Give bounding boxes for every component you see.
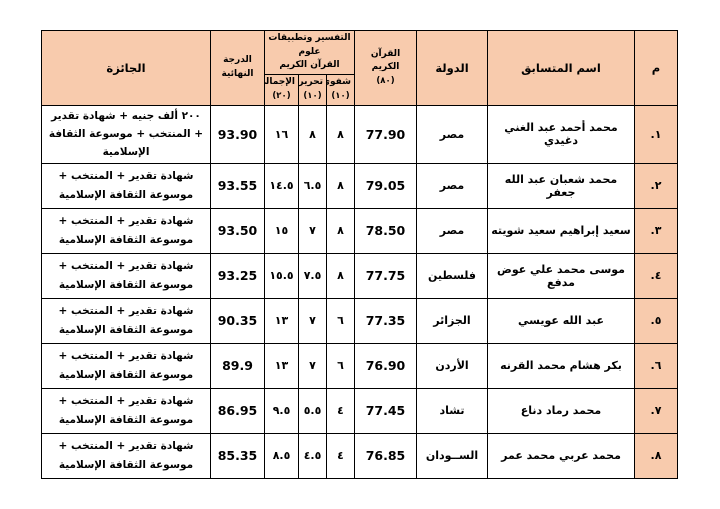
col-header-quran: القرآن الكريم (٨٠)	[355, 31, 417, 106]
contestant-name-cell: محمد شعبان عبد الله جعفر	[488, 163, 635, 208]
quran-score-cell: 79.05	[355, 163, 417, 208]
oral-header-max: (١٠)	[330, 90, 351, 103]
oral-score-cell: ٨	[327, 208, 355, 253]
table-body: ١. محمد أحمد عبد الغني دغيدي مصر 77.90 ٨…	[42, 105, 678, 478]
col-header-name: اسم المتسابق	[488, 31, 635, 106]
contestant-name-cell: محمد عربي محمد عمر	[488, 433, 635, 478]
col-header-written: تحريري (١٠)	[299, 74, 327, 105]
written-score-cell: ٤.٥	[299, 433, 327, 478]
written-header-label: تحريري	[302, 76, 323, 90]
col-header-final: الدرجة النهائية	[211, 31, 265, 106]
quran-score-cell: 77.45	[355, 388, 417, 433]
contestant-name-cell: عبد الله عويسي	[488, 298, 635, 343]
written-header-max: (١٠)	[302, 90, 323, 103]
tafsir-group-line2: القرآن الكريم	[268, 59, 351, 73]
contestant-name-cell: محمد رماد دناع	[488, 388, 635, 433]
table-header: م اسم المتسابق الدولة القرآن الكريم (٨٠)…	[42, 31, 678, 106]
prize-cell: شهادة تقدير + المنتخب + موسوعة الثقافة ا…	[42, 343, 211, 388]
total-score-cell: ١٤.٥	[265, 163, 299, 208]
country-cell: تشاد	[417, 388, 488, 433]
prize-cell: شهادة تقدير + المنتخب + موسوعة الثقافة ا…	[42, 208, 211, 253]
final-score-cell: 93.55	[211, 163, 265, 208]
prize-cell: شهادة تقدير + المنتخب + موسوعة الثقافة ا…	[42, 163, 211, 208]
quran-score-cell: 76.90	[355, 343, 417, 388]
rank-cell: ٣.	[635, 208, 678, 253]
oral-score-cell: ٦	[327, 343, 355, 388]
total-score-cell: ١٣	[265, 343, 299, 388]
quran-score-cell: 77.90	[355, 105, 417, 163]
oral-score-cell: ٨	[327, 163, 355, 208]
table-row: ٥. عبد الله عويسي الجزائر 77.35 ٦ ٧ ١٣ 9…	[42, 298, 678, 343]
prize-cell: شهادة تقدير + المنتخب + موسوعة الثقافة ا…	[42, 253, 211, 298]
col-header-country: الدولة	[417, 31, 488, 106]
final-score-cell: 93.25	[211, 253, 265, 298]
rank-cell: ٨.	[635, 433, 678, 478]
table-row: ٤. موسى محمد علي عوض مدفع فلسطين 77.75 ٨…	[42, 253, 678, 298]
total-score-cell: ٩.٥	[265, 388, 299, 433]
oral-score-cell: ٤	[327, 433, 355, 478]
final-score-cell: 93.50	[211, 208, 265, 253]
country-cell: مصر	[417, 163, 488, 208]
quran-header-title: القرآن الكريم	[358, 48, 413, 75]
contestant-name-cell: بكر هشام محمد القرنه	[488, 343, 635, 388]
col-header-total: الإجمالي (٢٠)	[265, 74, 299, 105]
table-row: ٦. بكر هشام محمد القرنه الأردن 76.90 ٦ ٧…	[42, 343, 678, 388]
written-score-cell: ٧	[299, 298, 327, 343]
final-score-cell: 93.90	[211, 105, 265, 163]
country-cell: مصر	[417, 208, 488, 253]
contestant-name-cell: موسى محمد علي عوض مدفع	[488, 253, 635, 298]
total-score-cell: ١٥.٥	[265, 253, 299, 298]
total-header-max: (٢٠)	[268, 90, 295, 103]
document-page: م اسم المتسابق الدولة القرآن الكريم (٨٠)…	[0, 0, 720, 509]
oral-score-cell: ٨	[327, 253, 355, 298]
final-score-cell: 89.9	[211, 343, 265, 388]
prize-cell: شهادة تقدير + المنتخب + موسوعة الثقافة ا…	[42, 433, 211, 478]
written-score-cell: ٧	[299, 208, 327, 253]
competition-results-table: م اسم المتسابق الدولة القرآن الكريم (٨٠)…	[41, 30, 678, 479]
rank-cell: ٦.	[635, 343, 678, 388]
prize-cell: شهادة تقدير + المنتخب + موسوعة الثقافة ا…	[42, 388, 211, 433]
quran-score-cell: 76.85	[355, 433, 417, 478]
written-score-cell: ٨	[299, 105, 327, 163]
quran-score-cell: 77.75	[355, 253, 417, 298]
table-row: ٧. محمد رماد دناع تشاد 77.45 ٤ ٥.٥ ٩.٥ 8…	[42, 388, 678, 433]
country-cell: الأردن	[417, 343, 488, 388]
quran-score-cell: 77.35	[355, 298, 417, 343]
col-header-prize: الجائزة	[42, 31, 211, 106]
col-header-rank: م	[635, 31, 678, 106]
final-score-cell: 86.95	[211, 388, 265, 433]
country-cell: فلسطين	[417, 253, 488, 298]
prize-cell: ٢٠٠ ألف جنيه + شهادة تقدير + المنتخب + م…	[42, 105, 211, 163]
oral-score-cell: ٨	[327, 105, 355, 163]
total-header-label: الإجمالي	[268, 76, 295, 90]
contestant-name-cell: سعيد إبراهيم سعيد شويته	[488, 208, 635, 253]
final-header-line2: النهائية	[214, 68, 261, 82]
written-score-cell: ٦.٥	[299, 163, 327, 208]
final-score-cell: 90.35	[211, 298, 265, 343]
col-header-tafsir-group: التفسير وتطبيقات علوم القرآن الكريم	[265, 31, 355, 75]
rank-cell: ٢.	[635, 163, 678, 208]
quran-score-cell: 78.50	[355, 208, 417, 253]
col-header-oral: شفوي (١٠)	[327, 74, 355, 105]
final-header-line1: الدرجة	[214, 54, 261, 68]
contestant-name-cell: محمد أحمد عبد الغني دغيدي	[488, 105, 635, 163]
written-score-cell: ٥.٥	[299, 388, 327, 433]
oral-header-label: شفوي	[330, 76, 351, 90]
final-score-cell: 85.35	[211, 433, 265, 478]
rank-cell: ٤.	[635, 253, 678, 298]
country-cell: الجزائر	[417, 298, 488, 343]
table-row: ١. محمد أحمد عبد الغني دغيدي مصر 77.90 ٨…	[42, 105, 678, 163]
table-row: ٣. سعيد إبراهيم سعيد شويته مصر 78.50 ٨ ٧…	[42, 208, 678, 253]
table-row: ٨. محمد عربي محمد عمر الســودان 76.85 ٤ …	[42, 433, 678, 478]
table-row: ٢. محمد شعبان عبد الله جعفر مصر 79.05 ٨ …	[42, 163, 678, 208]
country-cell: الســودان	[417, 433, 488, 478]
written-score-cell: ٧.٥	[299, 253, 327, 298]
total-score-cell: ١٣	[265, 298, 299, 343]
oral-score-cell: ٦	[327, 298, 355, 343]
rank-cell: ٧.	[635, 388, 678, 433]
country-cell: مصر	[417, 105, 488, 163]
total-score-cell: ١٦	[265, 105, 299, 163]
total-score-cell: ١٥	[265, 208, 299, 253]
prize-cell: شهادة تقدير + المنتخب + موسوعة الثقافة ا…	[42, 298, 211, 343]
rank-cell: ٥.	[635, 298, 678, 343]
tafsir-group-line1: التفسير وتطبيقات علوم	[268, 32, 351, 59]
oral-score-cell: ٤	[327, 388, 355, 433]
rank-cell: ١.	[635, 105, 678, 163]
quran-header-max: (٨٠)	[358, 75, 413, 88]
total-score-cell: ٨.٥	[265, 433, 299, 478]
written-score-cell: ٧	[299, 343, 327, 388]
